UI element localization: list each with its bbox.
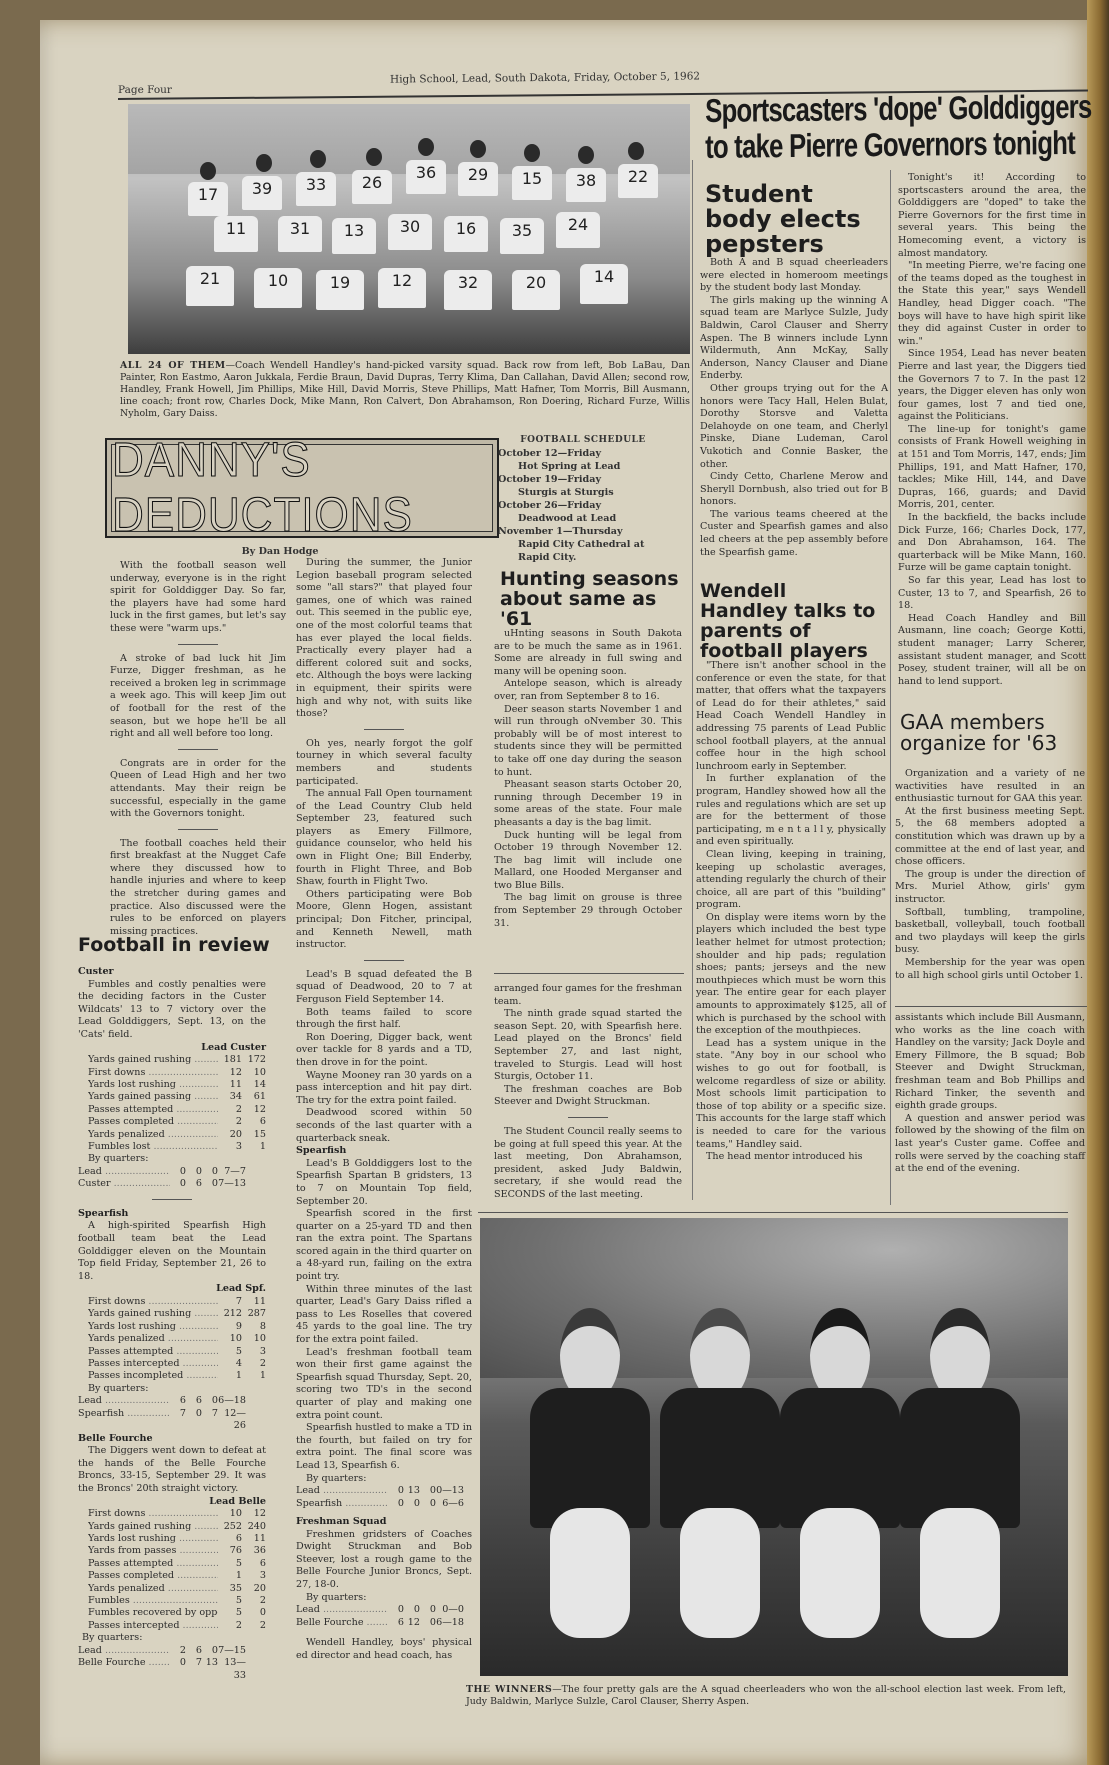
paragraph: Deadwood scored within 50 seconds of the… xyxy=(296,1107,472,1145)
stat-row: Passes attempted53 xyxy=(78,1346,266,1358)
football-schedule: FOOTBALL SCHEDULE October 12—Friday Hot … xyxy=(498,434,668,564)
stats-header: Lead Spf. xyxy=(78,1283,266,1296)
divider xyxy=(895,1006,1087,1007)
stat-row: First downs711 xyxy=(78,1296,266,1308)
stat-row: Fumbles52 xyxy=(78,1595,266,1607)
quarter-row: Spearfish0006—6 xyxy=(296,1498,472,1510)
caption-lead: ALL 24 OF THEM xyxy=(120,360,226,371)
paragraph: A stroke of bad luck hit Jim Furze, Digg… xyxy=(110,653,286,741)
stat-row: Yards lost rushing1114 xyxy=(78,1079,266,1091)
paragraph: Ron Doering, Digger back, went over tack… xyxy=(296,1032,472,1070)
jersey-number: 13 xyxy=(332,218,376,254)
pepsters-headline: Student body elects pepsters xyxy=(705,182,885,258)
paragraph: Spearfish scored in the first quarter on… xyxy=(296,1208,472,1284)
jersey-number: 15 xyxy=(512,166,552,200)
paragraph: The Diggers went down to defeat at the h… xyxy=(78,1445,266,1495)
paragraph: Organization and a variety of ne wactivi… xyxy=(895,768,1085,806)
column-title: DANNY'S DEDUCTIONS xyxy=(112,433,492,543)
paragraph: The annual Fall Open tournament of the L… xyxy=(296,788,472,889)
lead-headline-line2: to take Pierre Governors tonight xyxy=(705,124,1075,166)
jersey-number: 14 xyxy=(580,264,628,304)
paragraph: In the backfield, the backs include Dick… xyxy=(898,512,1086,575)
paragraph: On display were items worn by the player… xyxy=(696,912,886,1038)
paragraph: Lead's B Golddiggers lost to the Spearfi… xyxy=(296,1158,472,1208)
jersey-number: 24 xyxy=(556,212,600,248)
paragraph: With the football season well underway, … xyxy=(110,560,286,636)
paragraph: "There isn't another school in the confe… xyxy=(696,660,886,773)
quarters-label: By quarters: xyxy=(78,1632,266,1645)
paragraph: So far this year, Lead has lost to Custe… xyxy=(898,575,1086,613)
stats-header: Lead Belle xyxy=(78,1496,266,1509)
divider xyxy=(478,1212,1068,1213)
page-number: Page Four xyxy=(118,84,172,96)
paragraph: During the summer, the Junior Legion bas… xyxy=(296,557,472,721)
stat-row: Yards gained rushing252240 xyxy=(78,1521,266,1533)
paragraph: Membership for the year was open to all … xyxy=(895,957,1085,982)
stat-row: Passes attempted212 xyxy=(78,1104,266,1116)
paragraph: The football coaches held their first br… xyxy=(110,838,286,939)
paragraph: "In meeting Pierre, we're facing one of … xyxy=(898,260,1086,348)
quarters-label: By quarters: xyxy=(296,1473,472,1486)
paragraph: The line-up for tonight's game consists … xyxy=(898,424,1086,512)
section-subhead: Belle Fourche xyxy=(78,1433,266,1446)
paragraph: The Student Council really seems to be g… xyxy=(494,1126,682,1202)
jersey-number: 21 xyxy=(186,266,234,306)
section-subhead: Custer xyxy=(78,966,266,979)
paragraph: Wayne Mooney ran 30 yards on a pass inte… xyxy=(296,1070,472,1108)
jersey-number: 17 xyxy=(188,182,228,216)
jersey-number: 29 xyxy=(458,162,498,196)
paragraph: A question and answer period was followe… xyxy=(895,1113,1085,1176)
paragraph: The various teams cheered at the Custer … xyxy=(700,509,888,559)
stat-row: Yards lost rushing611 xyxy=(78,1533,266,1545)
jersey-number: 39 xyxy=(242,176,282,210)
paragraph: Oh yes, nearly forgot the golf tourney i… xyxy=(296,738,472,788)
gaa-headline: GAA members organize for '63 xyxy=(900,712,1090,754)
paragraph: Head Coach Handley and Bill Ausmann, lin… xyxy=(898,613,1086,689)
team-photo-caption: ALL 24 OF THEM—Coach Wendell Handley's h… xyxy=(120,360,690,420)
paragraph: Pheasant season starts October 20, runni… xyxy=(494,779,682,829)
quarter-row: Lead6606—18 xyxy=(78,1395,266,1407)
quarter-row: Lead2607—15 xyxy=(78,1645,266,1657)
jersey-number: 16 xyxy=(444,216,488,252)
paragraph: Congrats are in order for the Queen of L… xyxy=(110,758,286,821)
paragraph: assistants which include Bill Ausmann, w… xyxy=(895,1012,1085,1113)
paragraph: In further explanation of the program, H… xyxy=(696,773,886,849)
paragraph: Wendell Handley, boys' physical ed direc… xyxy=(296,1637,472,1662)
divider xyxy=(494,973,684,974)
gaa-article: Organization and a variety of ne wactivi… xyxy=(895,768,1085,982)
handley-article-continued: assistants which include Bill Ausmann, w… xyxy=(895,1012,1085,1176)
jersey-number: 10 xyxy=(254,268,302,308)
cheerleader xyxy=(660,1308,780,1638)
quarter-row: Belle Fourche071313—33 xyxy=(78,1657,266,1682)
paragraph: The girls making up the winning A squad … xyxy=(700,295,888,383)
schedule-date: October 12—Friday xyxy=(498,447,668,460)
stat-row: Fumbles recovered by opponent50 xyxy=(78,1607,266,1619)
paragraph: The group is under the direction of Mrs.… xyxy=(895,869,1085,907)
paragraph: Duck hunting will be legal from October … xyxy=(494,830,682,893)
caption-lead: THE WINNERS xyxy=(466,1684,552,1695)
jersey-number: 22 xyxy=(618,164,658,198)
paragraph: Softball, tumbling, trampoline, basketba… xyxy=(895,907,1085,957)
jersey-number: 33 xyxy=(296,172,336,206)
cheerleader-photo xyxy=(480,1218,1068,1676)
football-review-column: Custer Fumbles and costly penalties were… xyxy=(78,966,266,1682)
byline: By Dan Hodge xyxy=(220,546,340,557)
paragraph: At the first business meeting Sept. 5, t… xyxy=(895,806,1085,869)
page-binding-edge xyxy=(1087,0,1109,1765)
schedule-title: FOOTBALL SCHEDULE xyxy=(498,434,668,447)
quarter-row: Lead0007—7 xyxy=(78,1166,266,1178)
jersey-number: 12 xyxy=(378,268,426,308)
stat-row: Yards lost rushing98 xyxy=(78,1321,266,1333)
quarter-row: Spearfish70712—26 xyxy=(78,1408,266,1433)
cheerleader xyxy=(780,1308,900,1638)
quarter-row: Lead01300—13 xyxy=(296,1485,472,1497)
cheerleader xyxy=(900,1308,1020,1638)
stat-row: Yards penalized1010 xyxy=(78,1333,266,1345)
paragraph: Clean living, keeping in training, keepi… xyxy=(696,849,886,912)
jersey-number: 36 xyxy=(406,160,446,194)
paragraph: A high-spirited Spearfish High football … xyxy=(78,1220,266,1283)
paragraph: Fumbles and costly penalties were the de… xyxy=(78,979,266,1042)
paragraph: Within three minutes of the last quarter… xyxy=(296,1284,472,1347)
paragraph: The head mentor introduced his xyxy=(696,1151,886,1164)
paragraph: Lead's B squad defeated the B squad of D… xyxy=(296,969,472,1007)
paragraph: Tonight's it! According to sportscasters… xyxy=(898,172,1086,260)
stat-row: Passes attempted56 xyxy=(78,1558,266,1570)
schedule-game: Sturgis at Sturgis xyxy=(498,486,668,499)
freshman-continued: arranged four games for the freshman tea… xyxy=(494,983,682,1202)
jersey-number: 32 xyxy=(444,270,492,310)
lead-story-article: Tonight's it! According to sportscasters… xyxy=(898,172,1086,688)
paragraph: Lead has a system unique in the state. "… xyxy=(696,1038,886,1151)
hunting-article: uHnting seasons in South Dakota are to b… xyxy=(494,628,682,930)
paragraph: Both A and B squad cheerleaders were ele… xyxy=(700,257,888,295)
jersey-number: 30 xyxy=(388,214,432,250)
stat-row: Passes completed13 xyxy=(78,1570,266,1582)
stat-row: Passes completed26 xyxy=(78,1116,266,1128)
paragraph: Spearfish hustled to make a TD in the fo… xyxy=(296,1422,472,1472)
paragraph: Antelope season, which is already over, … xyxy=(494,678,682,703)
paragraph: Freshmen gridsters of Coaches Dwight Str… xyxy=(296,1529,472,1592)
stats-header: Lead Custer xyxy=(78,1042,266,1055)
paragraph: uHnting seasons in South Dakota are to b… xyxy=(494,628,682,678)
section-subhead: Freshman Squad xyxy=(296,1516,472,1529)
dannys-deductions-col2: During the summer, the Junior Legion bas… xyxy=(296,557,472,1662)
column-rule xyxy=(692,160,693,1200)
team-photo: 17 39 33 26 36 29 15 38 22 11 31 13 30 1… xyxy=(128,104,690,354)
handley-headline: Wendell Handley talks to parents of foot… xyxy=(700,582,880,662)
schedule-date: October 19—Friday xyxy=(498,473,668,486)
paragraph: Other groups trying out for the A honors… xyxy=(700,383,888,471)
quarters-label: By quarters: xyxy=(78,1153,266,1166)
stat-row: Yards gained rushing181172 xyxy=(78,1054,266,1066)
stat-row: Yards gained rushing212287 xyxy=(78,1308,266,1320)
dannys-deductions-banner: DANNY'S DEDUCTIONS xyxy=(105,438,499,538)
quarters-label: By quarters: xyxy=(78,1383,266,1396)
paragraph: Cindy Cetto, Charlene Merow and Sheryll … xyxy=(700,471,888,509)
dannys-deductions-col1: With the football season well underway, … xyxy=(110,560,286,938)
paragraph: Deer season starts November 1 and will r… xyxy=(494,704,682,780)
schedule-date: October 26—Friday xyxy=(498,499,668,512)
jersey-number: 38 xyxy=(566,168,606,202)
pepsters-article: Both A and B squad cheerleaders were ele… xyxy=(700,257,888,559)
quarters-label: By quarters: xyxy=(296,1592,472,1605)
stat-row: First downs1012 xyxy=(78,1508,266,1520)
paragraph: arranged four games for the freshman tea… xyxy=(494,983,682,1008)
schedule-game: Deadwood at Lead xyxy=(498,512,668,525)
jersey-number: 20 xyxy=(512,270,560,310)
cheerleader-photo-caption: THE WINNERS—The four pretty gals are the… xyxy=(466,1684,1066,1708)
paragraph: The ninth grade squad started the season… xyxy=(494,1008,682,1084)
cheerleader xyxy=(530,1308,650,1638)
stat-row: First downs1210 xyxy=(78,1067,266,1079)
schedule-date: November 1—Thursday xyxy=(498,525,668,538)
quarter-row: Belle Fourche61206—18 xyxy=(296,1617,472,1629)
stat-row: Yards penalized3520 xyxy=(78,1583,266,1595)
hunting-headline: Hunting seasons about same as '61 xyxy=(500,570,680,630)
stat-row: Passes intercepted42 xyxy=(78,1358,266,1370)
paragraph: Since 1954, Lead has never beaten Pierre… xyxy=(898,348,1086,424)
stat-row: Passes intercepted22 xyxy=(78,1620,266,1632)
quarter-row: Lead0000—0 xyxy=(296,1604,472,1616)
schedule-game: Hot Spring at Lead xyxy=(498,460,668,473)
section-subhead: Spearfish xyxy=(78,1208,266,1221)
paragraph: Others participating were Bob Moore, Gle… xyxy=(296,889,472,952)
section-subhead: Spearfish xyxy=(296,1145,472,1158)
paragraph: The freshman coaches are Bob Steever and… xyxy=(494,1084,682,1109)
paragraph: The bag limit on grouse is three from Se… xyxy=(494,892,682,930)
stat-row: Passes incompleted11 xyxy=(78,1370,266,1382)
jersey-number: 26 xyxy=(352,170,392,204)
quarter-row: Custer0607—13 xyxy=(78,1178,266,1190)
paragraph: Both teams failed to score through the f… xyxy=(296,1007,472,1032)
stat-row: Fumbles lost31 xyxy=(78,1141,266,1153)
stat-row: Yards penalized2015 xyxy=(78,1129,266,1141)
football-review-headline: Football in review xyxy=(78,936,270,956)
jersey-number: 35 xyxy=(500,218,544,254)
jersey-number: 11 xyxy=(214,216,258,252)
paragraph: Lead's freshman football team won their … xyxy=(296,1347,472,1423)
stat-row: Yards from passes7636 xyxy=(78,1545,266,1557)
caption-text: —The four pretty gals are the A squad ch… xyxy=(466,1684,1066,1707)
column-rule xyxy=(890,170,891,1205)
handley-article: "There isn't another school in the confe… xyxy=(696,660,886,1164)
jersey-number: 31 xyxy=(278,216,322,252)
stat-row: Yards gained passing3461 xyxy=(78,1091,266,1103)
jersey-number: 19 xyxy=(316,270,364,310)
schedule-game: Rapid City Cathedral at Rapid City. xyxy=(498,538,668,564)
